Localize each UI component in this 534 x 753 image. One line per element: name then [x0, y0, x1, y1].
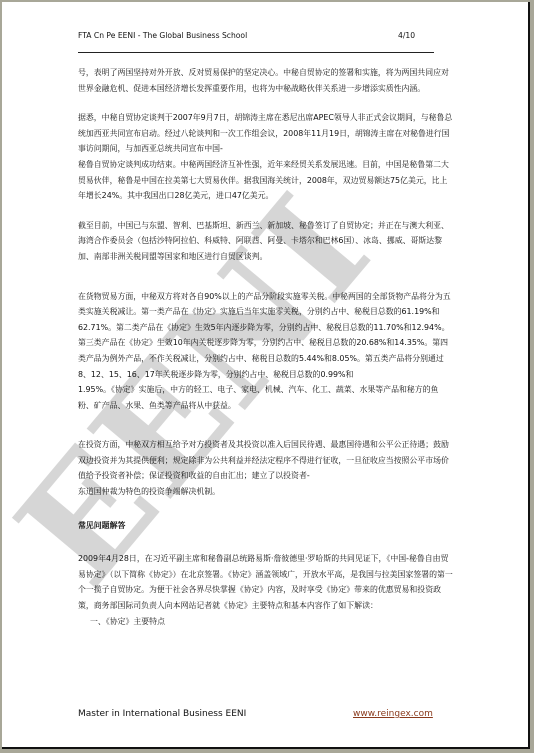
- paragraph-goods-trade: 在货物贸易方面，中秘双方将对各自90%以上的产品分阶段实施零关税。中秘两国的全部…: [78, 289, 454, 383]
- page-number: 4/10: [398, 31, 415, 40]
- header-title: FTA Cn Pe EENI - The Global Business Sch…: [78, 31, 247, 40]
- paragraph-goods-benefits: 1.95%。《协定》实施后，中方的轻工、电子、家电、机械、汽车、化工、蔬菜、水果…: [78, 382, 454, 413]
- faq-heading: 常见问题解答: [78, 518, 454, 534]
- paragraph-trade-stats: 秘鲁自贸协定谈判成功结束。中秘两国经济互补性强，近年来经贸关系发展迅速。目前，中…: [78, 157, 454, 204]
- subheading-main-features: 一、《协定》主要特点: [78, 614, 454, 630]
- paragraph-signing: 2009年4月28日，在习近平副主席和秘鲁副总统路易斯·詹彼德里·罗哈斯的共同见…: [78, 551, 454, 613]
- paragraph-negotiation-history: 据悉，中秘自贸协定谈判于2007年9月7日，胡锦涛主席在悉尼出席APEC领导人非…: [78, 110, 454, 157]
- document-body: 号，表明了两国坚持对外开放、反对贸易保护的坚定决心。中秘自贸协定的签署和实施，将…: [78, 65, 454, 629]
- footer-website-link[interactable]: www.reingex.com: [353, 709, 433, 719]
- document-page: EENI FTA Cn Pe EENI - The Global Busines…: [2, 2, 530, 749]
- paragraph-investment-dispute: 东道国仲裁为特色的投资争端解决机制。: [78, 484, 454, 500]
- paragraph-investment: 在投资方面，中秘双方相互给予对方投资者及其投资以准入后国民待遇、最惠国待遇和公平…: [78, 437, 454, 484]
- footer-text: Master in International Business EENI: [78, 709, 246, 719]
- header-rule: [78, 52, 434, 53]
- paragraph-fta-partners: 截至目前，中国已与东盟、智利、巴基斯坦、新西兰、新加坡、秘鲁签订了自贸协定；并正…: [78, 218, 454, 265]
- paragraph-intro-end: 号，表明了两国坚持对外开放、反对贸易保护的坚定决心。中秘自贸协定的签署和实施，将…: [78, 65, 454, 96]
